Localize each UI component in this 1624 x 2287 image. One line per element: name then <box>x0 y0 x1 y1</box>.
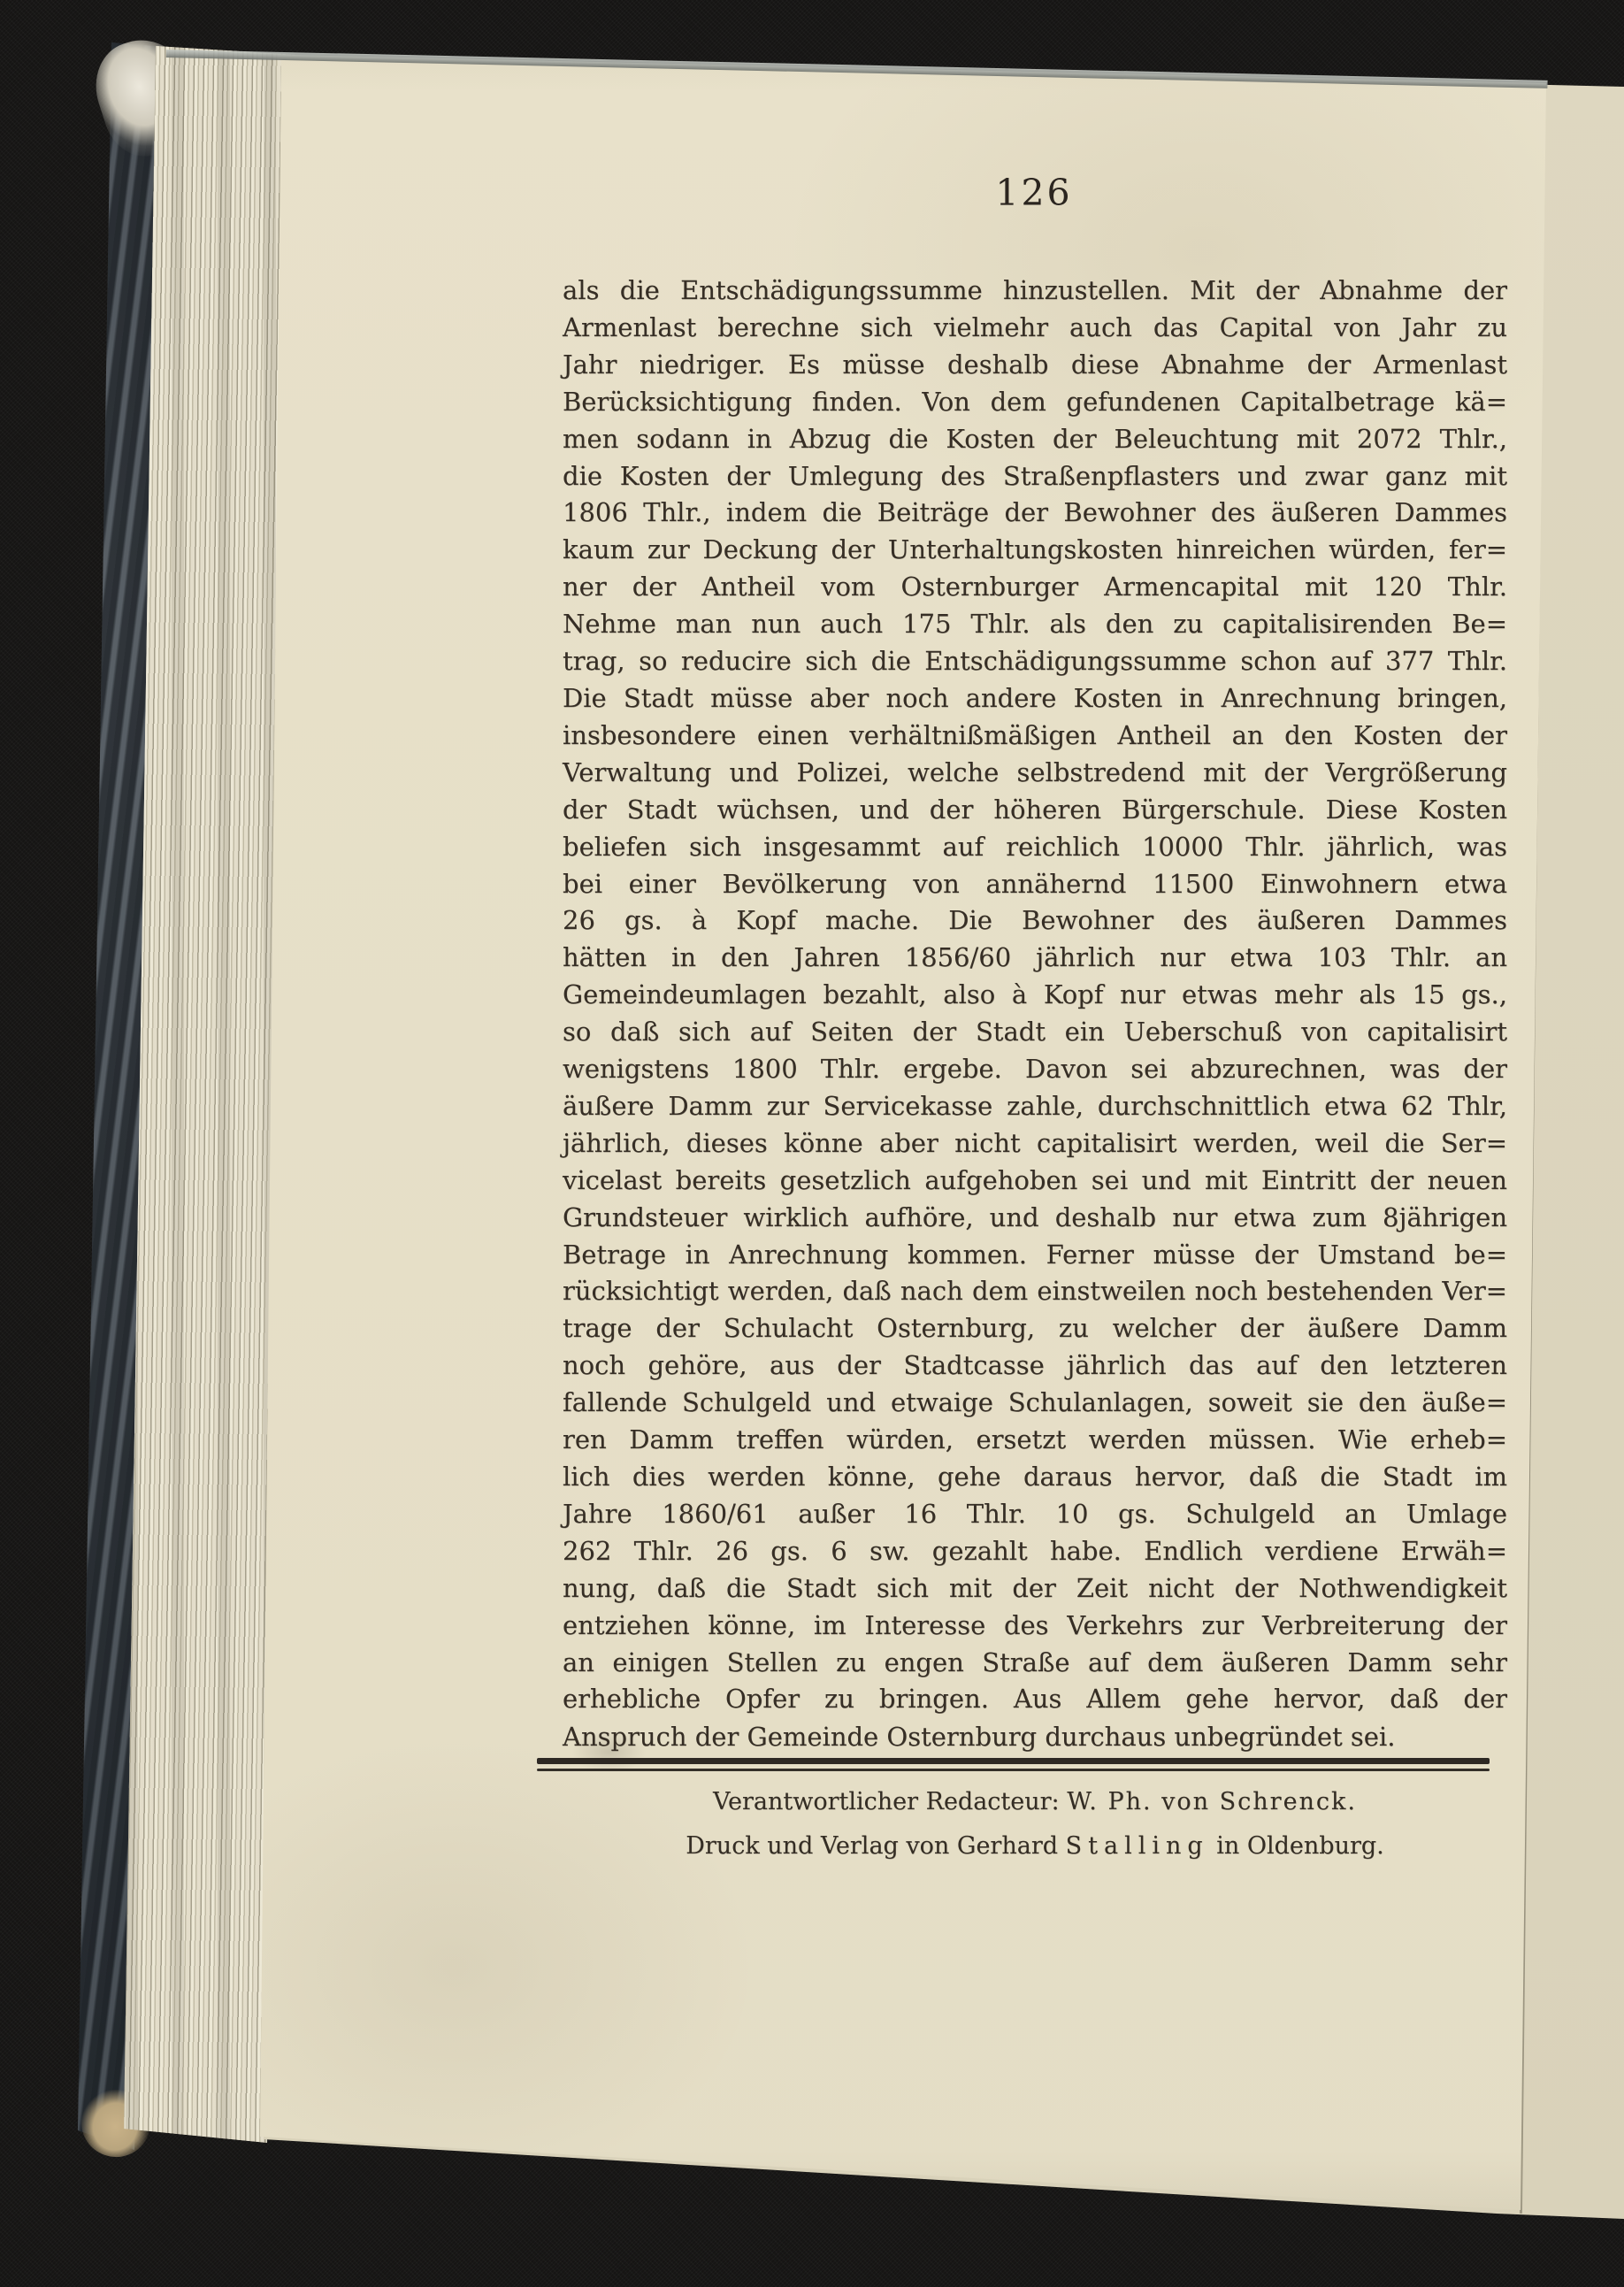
footer-rule <box>537 1758 1490 1771</box>
footer-publisher-prefix: Druck und Verlag von Gerhard <box>686 1832 1058 1860</box>
footer-redacteur-line: Verantwortlicher Redacteur: W. Ph. von S… <box>563 1788 1507 1815</box>
footer-publisher-line: Druck und Verlag von Gerhard Stalling in… <box>563 1832 1507 1860</box>
page-number: 126 <box>562 172 1506 214</box>
footer-redacteur-label: Verantwortlicher Redacteur: <box>713 1788 1060 1815</box>
footer-redacteur-name: W. Ph. von Schrenck. <box>1067 1788 1357 1815</box>
footer-publisher-name: Stalling <box>1066 1832 1209 1860</box>
footer-rule-thin <box>537 1769 1490 1771</box>
footer-publisher-suffix: in Oldenburg. <box>1216 1832 1383 1860</box>
body-text-last-line: Anspruch der Gemeinde Osternburg durchau… <box>563 1718 1507 1755</box>
body-text: als die Entschädigungssumme hinzustellen… <box>563 272 1507 1718</box>
scan-background: 126 als die Entschädigungssumme hinzuste… <box>0 0 1624 2287</box>
footer-rule-thick <box>537 1758 1490 1764</box>
